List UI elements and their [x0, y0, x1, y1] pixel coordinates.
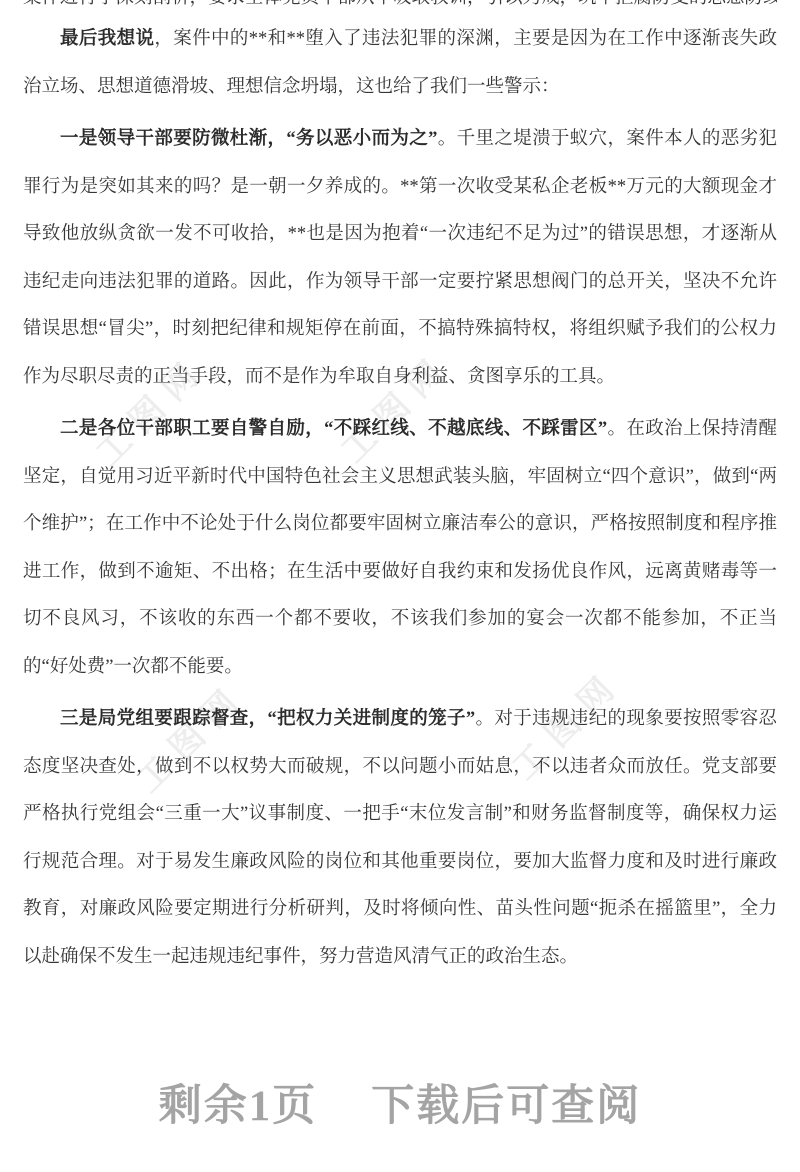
paragraph-warning-1: 一是领导干部要防微杜渐，“务以恶小而为之”。千里之堤溃于蚁穴，案件本人的恶劣犯罪… [23, 116, 777, 401]
paragraph-bold-lead: 最后我想说 [60, 29, 154, 49]
paragraph-bold-lead: 三是局党组要跟踪督查，“把权力关进制度的笼子” [60, 709, 475, 729]
paragraph-text: 。千里之堤溃于蚁穴，案件本人的恶劣犯罪行为是突如其来的吗？是一朝一夕养成的。**… [23, 129, 777, 387]
paragraph-warning-3: 三是局党组要跟踪督查，“把权力关进制度的笼子”。对于违规违纪的现象要按照零容忍态… [23, 696, 777, 981]
document-page: { "page": { "background": "#ffffff", "bo… [0, 0, 800, 1172]
preview-footer-banner: 剩余1页下载后可查阅 [0, 1083, 800, 1131]
paragraph-text: 。对于违规违纪的现象要按照零容忍态度坚决查处，做到不以权势大而破规，不以问题小而… [23, 709, 777, 967]
clipped-top-line: 案件进行了深刻剖析，要求全体党员干部从中吸取教训，引以为戒，筑牢拒腐防变的思想防… [23, 0, 777, 8]
pages-remaining-label: 剩余1页 [159, 1083, 318, 1130]
paragraph-warning-2: 二是各位干部职工要自警自励，“不踩红线、不越底线、不踩雷区”。在政治上保持清醒坚… [23, 406, 777, 691]
document-body: 案件进行了深刻剖析，要求全体党员干部从中吸取教训，引以为戒，筑牢拒腐防变的思想防… [23, 0, 777, 981]
clipped-top-line-text: 案件进行了深刻剖析，要求全体党员干部从中吸取教训，引以为戒，筑牢拒腐防变的思想防… [23, 0, 777, 8]
paragraph-bold-lead: 一是领导干部要防微杜渐，“务以恶小而为之” [60, 129, 437, 149]
download-hint-label: 下载后可查阅 [371, 1083, 641, 1130]
paragraph-bold-lead: 二是各位干部职工要自警自励，“不踩红线、不越底线、不踩雷区” [60, 419, 607, 439]
paragraph-conclusion-intro: 最后我想说，案件中的**和**堕入了违法犯罪的深渊，主要是因为在工作中逐渐丧失政… [23, 16, 777, 111]
paragraph-text: 。在政治上保持清醒坚定，自觉用习近平新时代中国特色社会主义思想武装头脑，牢固树立… [23, 419, 777, 677]
